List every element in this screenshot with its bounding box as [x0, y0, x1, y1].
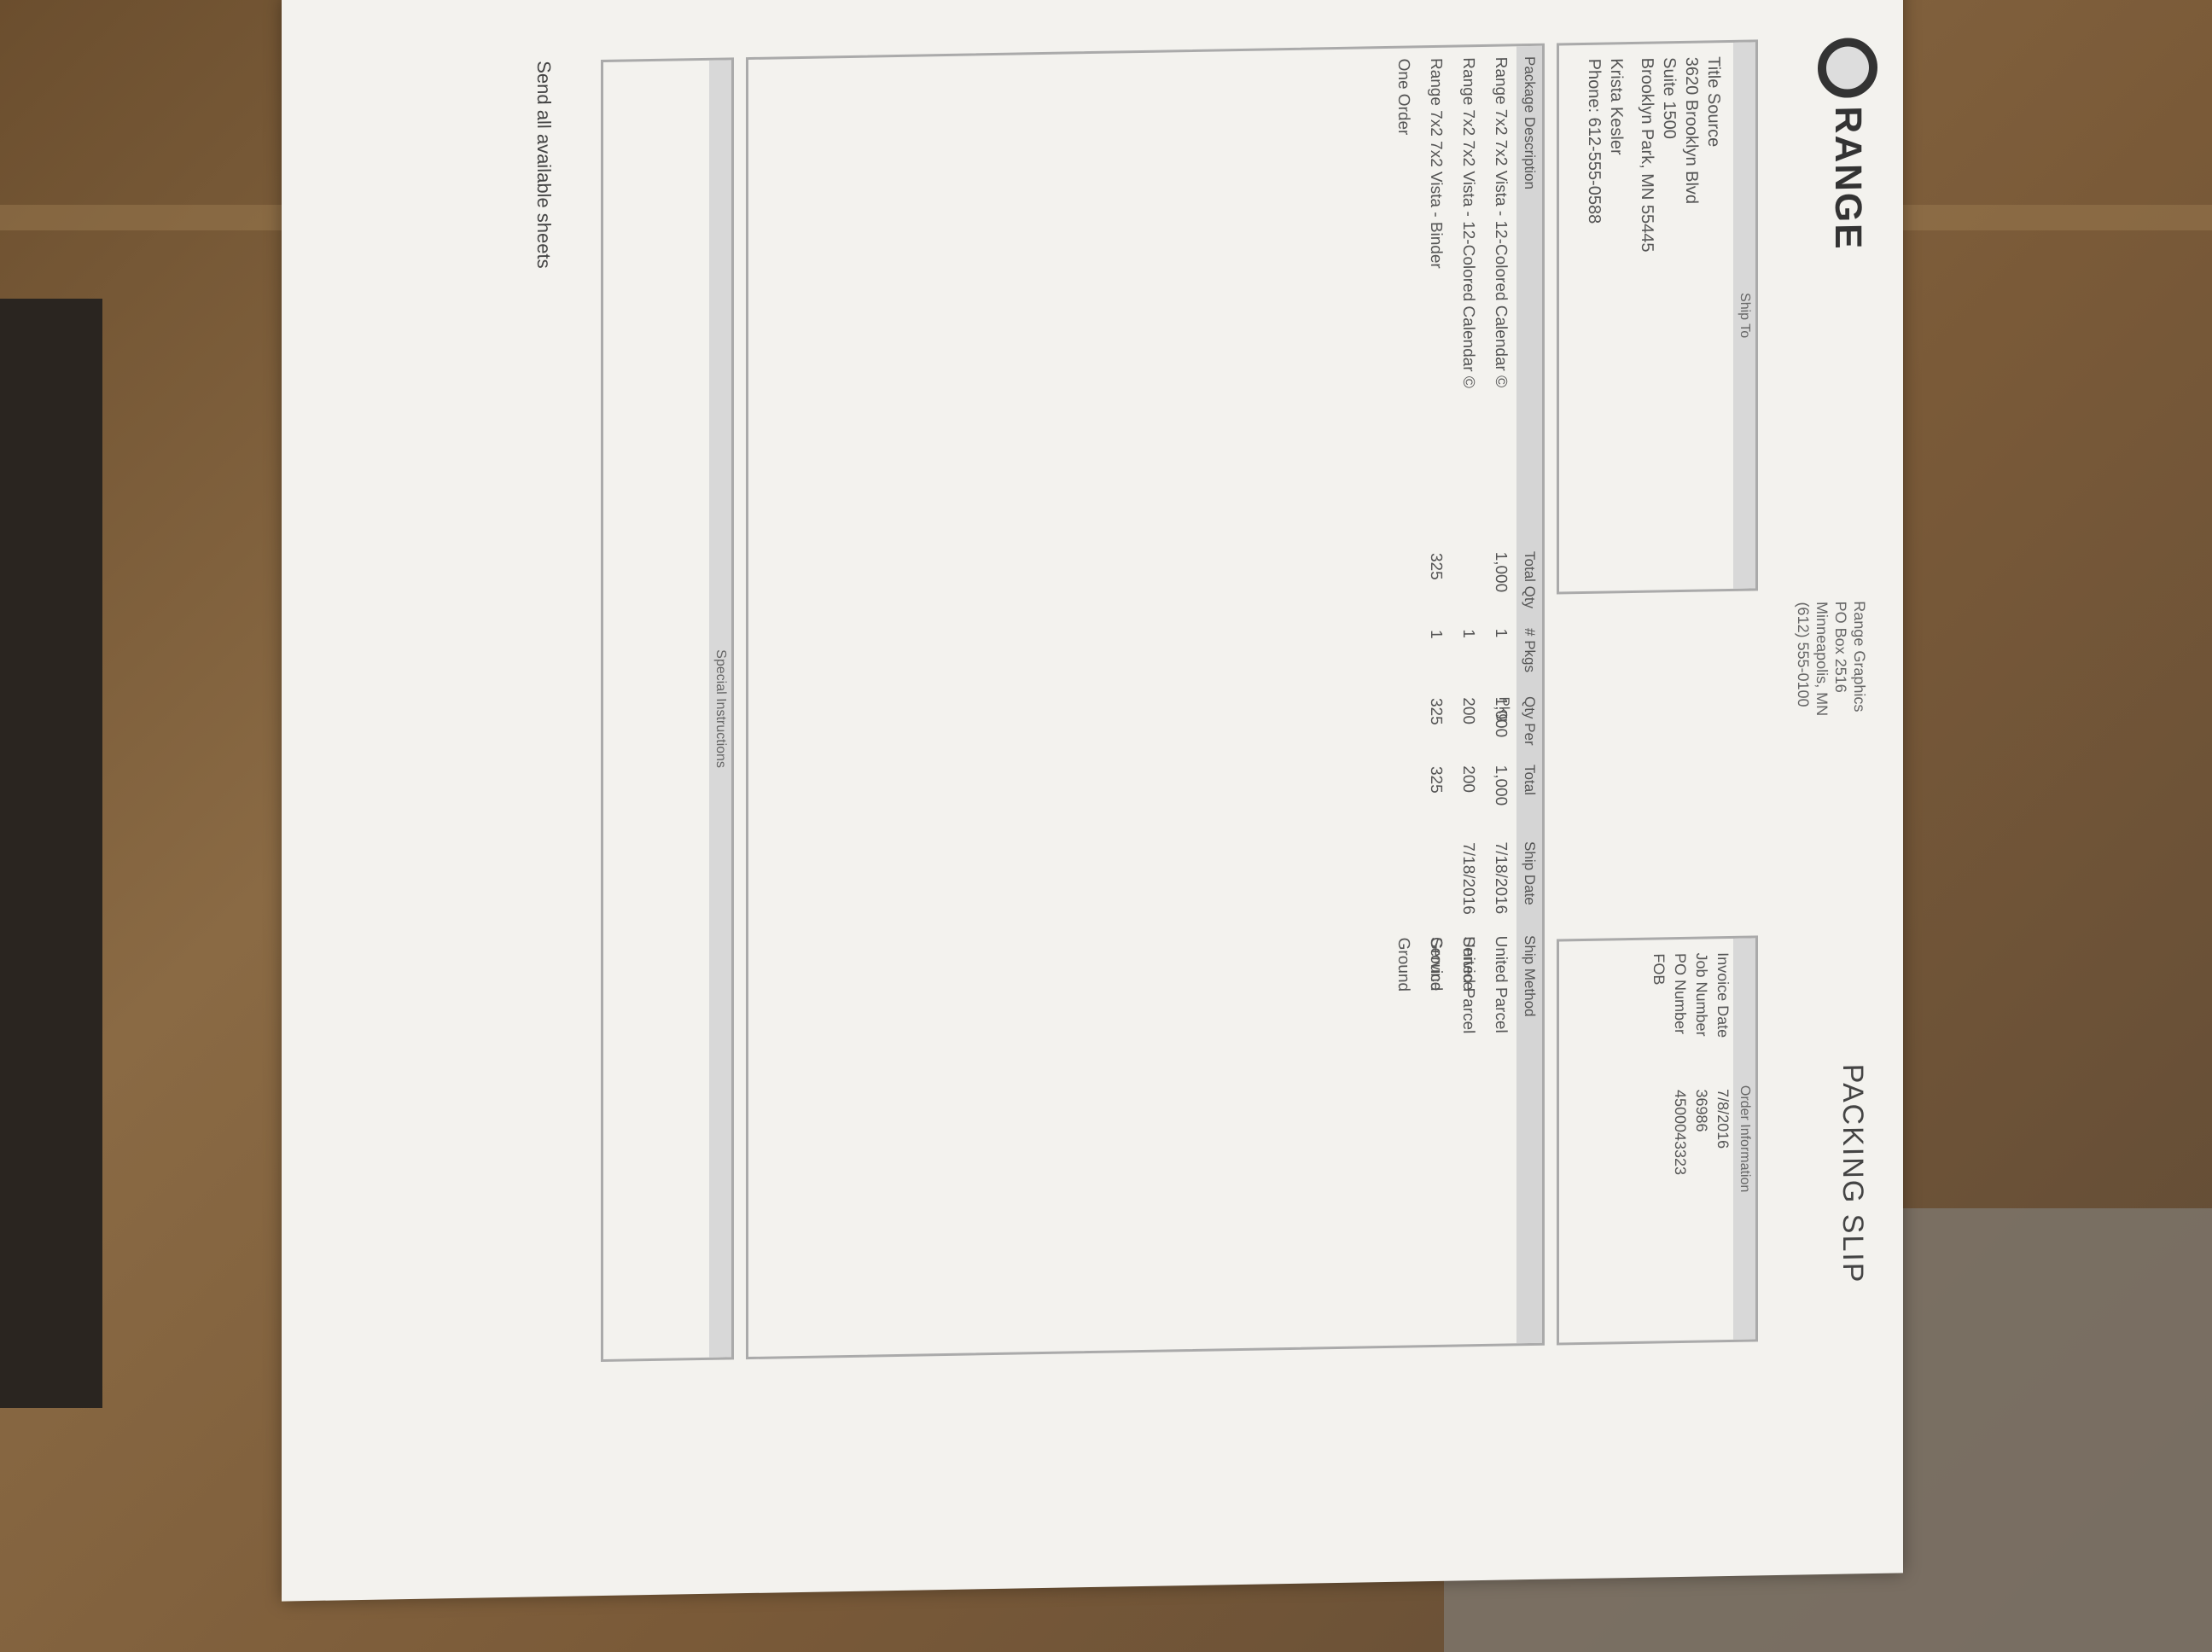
document-title: PACKING SLIP: [1836, 1063, 1869, 1283]
note-text: Send all available sheets: [533, 61, 555, 269]
address-line: PO Box 2516: [1831, 601, 1850, 715]
order-info-header: Order Information: [1733, 938, 1755, 1339]
table-cell: 1,000: [1484, 696, 1516, 765]
table-cell: 1,000: [1484, 765, 1516, 842]
ship-to-header: Ship To: [1733, 42, 1755, 588]
table-cell: Range 7x2 7x2 Vista - 12-Colored Calenda…: [1484, 46, 1516, 552]
table-cell: [1387, 937, 1419, 1049]
logo-icon: [1818, 38, 1877, 98]
table-cell: [1387, 630, 1419, 699]
order-info-value: 7/8/2016: [1714, 1089, 1732, 1149]
table-row: Range 7x2 7x2 Vista - 12-Colored Calenda…: [1452, 47, 1484, 1345]
order-info-label: FOB: [1650, 953, 1668, 1090]
table-cell: [1387, 843, 1419, 938]
column-header: Ship Method: [1516, 935, 1542, 1047]
ship-to-line: Suite 1500: [1658, 57, 1680, 576]
address-line: Minneapolis, MN: [1813, 602, 1831, 716]
ship-to-line: Title Source: [1703, 56, 1725, 575]
logo-text: RANGE: [1826, 106, 1869, 251]
column-header: Qty Per Pkg: [1516, 696, 1542, 765]
table-cell: [1387, 1048, 1419, 1346]
table-cell: 7/18/2016: [1484, 841, 1516, 936]
order-info-label: PO Number: [1671, 953, 1689, 1090]
table-cell: 1: [1452, 629, 1484, 698]
order-info-label: Invoice Date: [1714, 952, 1732, 1089]
table-cell: [1452, 552, 1484, 630]
table-cell: United Parcel Service Ground: [1452, 936, 1484, 1048]
table-cell: 200: [1452, 697, 1484, 766]
table-cell: [1419, 937, 1452, 1049]
order-info-label: Job Number: [1692, 952, 1710, 1089]
ship-to-line: Brooklyn Park, MN 55445: [1636, 57, 1658, 576]
packing-slip-paper: RANGE Range Graphics PO Box 2516 Minneap…: [282, 0, 1903, 1602]
items-table: Package DescriptionTotal Qty# PkgsQty Pe…: [746, 44, 1545, 1359]
notes-header: Special Instructions: [709, 60, 731, 1357]
shadow-area: [0, 299, 102, 1408]
order-info-row: Job Number36986: [1691, 939, 1712, 1340]
column-header: Total Qty: [1516, 551, 1542, 629]
address-line: Range Graphics: [1850, 601, 1869, 715]
table-header: Package DescriptionTotal Qty# PkgsQty Pe…: [1516, 46, 1542, 1344]
order-info-box: Order Information Invoice Date7/8/2016Jo…: [1557, 935, 1758, 1345]
table-row: Range 7x2 7x2 Vista - Binder3251325325: [1419, 48, 1452, 1346]
table-cell: 200: [1452, 765, 1484, 843]
table-row: One Order: [1387, 48, 1419, 1346]
order-info-value: 4500043323: [1671, 1090, 1689, 1175]
ship-to-line: 3620 Brooklyn Blvd: [1680, 57, 1703, 576]
table-cell: [1419, 843, 1452, 938]
table-cell: Range 7x2 7x2 Vista - Binder: [1419, 48, 1452, 554]
order-info-row: FOB: [1648, 939, 1669, 1341]
table-cell: 7/18/2016: [1452, 842, 1484, 937]
table-cell: 325: [1419, 553, 1452, 631]
table-row: Range 7x2 7x2 Vista - 12-Colored Calenda…: [1484, 46, 1516, 1344]
table-cell: [1387, 553, 1419, 631]
order-info-row: Invoice Date7/8/2016: [1712, 939, 1733, 1340]
table-cell: Range 7x2 7x2 Vista - 12-Colored Calenda…: [1452, 47, 1484, 553]
ship-to-line: Phone: 612-555-0588: [1583, 59, 1605, 578]
table-cell: [1484, 1046, 1516, 1344]
table-cell: [1452, 1047, 1484, 1345]
packing-slip: RANGE Range Graphics PO Box 2516 Minneap…: [384, 3, 1886, 1361]
column-header: [1516, 1046, 1542, 1344]
column-header: Package Description: [1516, 46, 1542, 552]
table-cell: One Order: [1387, 48, 1419, 554]
column-header: Ship Date: [1516, 841, 1542, 936]
table-cell: 1: [1484, 628, 1516, 697]
address-line: (612) 555-0100: [1794, 602, 1813, 716]
ship-to-box: Ship To Title Source 3620 Brooklyn Blvd …: [1557, 39, 1758, 594]
table-cell: 1,000: [1484, 551, 1516, 629]
table-cell: [1387, 698, 1419, 767]
table-cell: 325: [1419, 766, 1452, 844]
ship-to-line: Krista Kesler: [1605, 58, 1627, 577]
column-header: # Pkgs: [1516, 628, 1542, 697]
table-cell: United Parcel Service Ground: [1484, 935, 1516, 1047]
company-address: Range Graphics PO Box 2516 Minneapolis, …: [1794, 601, 1869, 717]
table-cell: 325: [1419, 698, 1452, 767]
table-cell: [1419, 1048, 1452, 1346]
notes-box: Special Instructions: [601, 57, 734, 1362]
table-cell: [1387, 766, 1419, 844]
column-header: Total: [1516, 765, 1542, 842]
order-info-value: 36986: [1692, 1089, 1710, 1131]
table-cell: 1: [1419, 630, 1452, 699]
company-logo: RANGE: [1818, 38, 1877, 251]
order-info-row: PO Number4500043323: [1669, 939, 1691, 1341]
